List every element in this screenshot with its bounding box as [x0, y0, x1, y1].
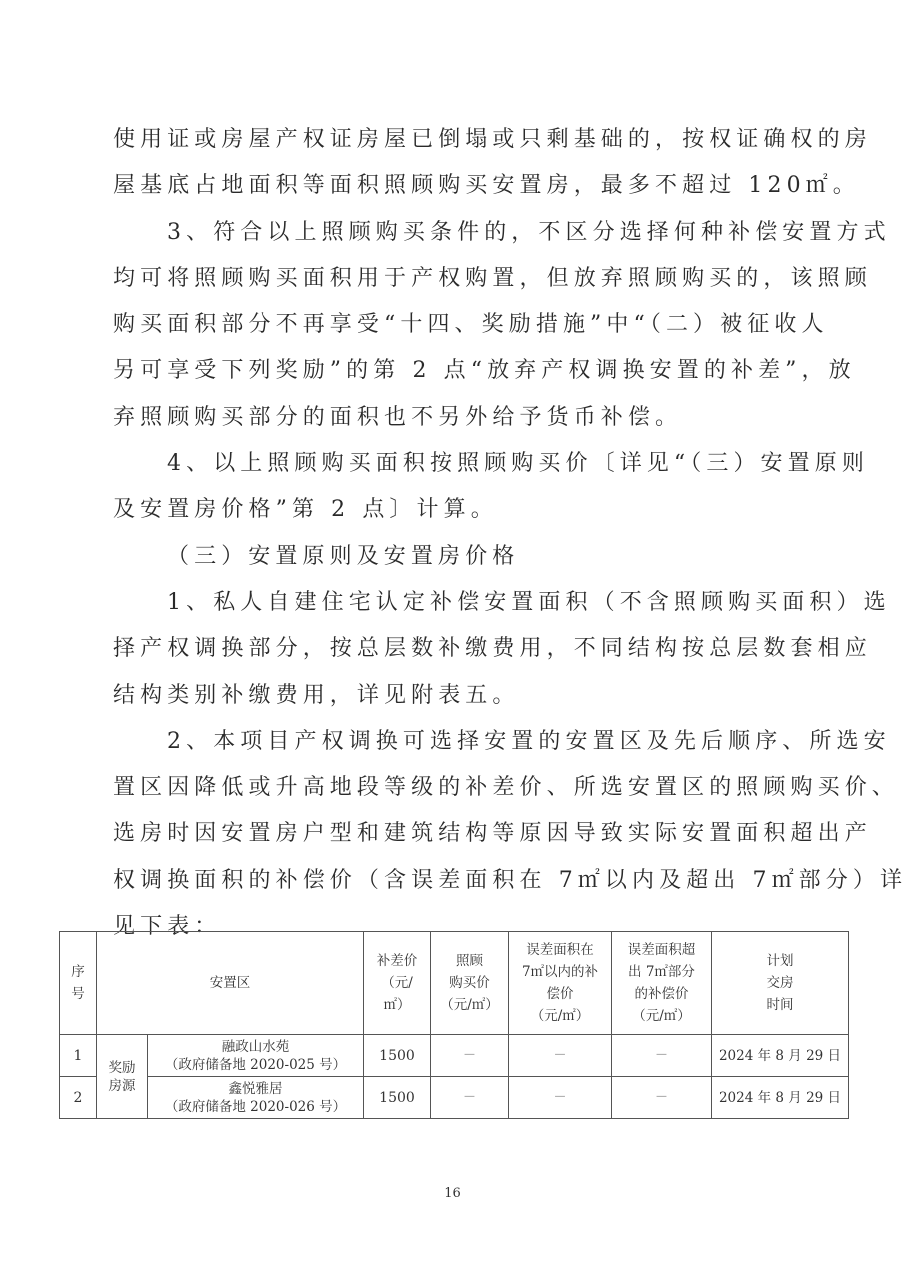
header-over-7: 误差面积超 出 7㎡部分 的补偿价 （元/㎡） [612, 932, 712, 1035]
cell-zone: 融政山水苑 （政府储备地 2020-025 号） [148, 1035, 364, 1077]
text-line: 购买面积部分不再享受“十四、奖励措施”中“（二）被征收人 [113, 302, 795, 348]
text-line: 屋基底占地面积等面积照顾购买安置房，最多不超过 120㎡。 [113, 163, 795, 209]
body-text: 使用证或房屋产权证房屋已倒塌或只剩基础的，按权证确权的房 屋基底占地面积等面积照… [113, 117, 795, 950]
paragraph-item-3: 3、符合以上照顾购买条件的，不区分选择何种补偿安置方式 均可将照顾购买面积用于产… [113, 210, 795, 441]
header-delivery: 计划 交房 时间 [712, 932, 849, 1035]
cell-diff-price: 1500 [364, 1035, 431, 1077]
text-line: 弃照顾购买部分的面积也不另外给予货币补偿。 [113, 395, 795, 441]
text-line: 1、私人自建住宅认定补偿安置面积（不含照顾购买面积）选 [113, 580, 795, 626]
text-line: 另可享受下列奖励”的第 2 点“放弃产权调换安置的补差”，放 [113, 348, 795, 394]
heading-text: （三）安置原则及安置房价格 [113, 534, 795, 580]
cell-zone: 鑫悦雅居 （政府储备地 2020-026 号） [148, 1077, 364, 1119]
header-care-price: 照顾 购买价 （元/㎡） [431, 932, 509, 1035]
cell-seq: 2 [60, 1077, 97, 1119]
text-line: 及安置房价格”第 2 点〕计算。 [113, 487, 795, 533]
cell-care-price: － [431, 1077, 509, 1119]
paragraph-item-4: 4、以上照顾购买面积按照顾购买价〔详见“（三）安置原则 及安置房价格”第 2 点… [113, 441, 795, 534]
table-row: 2 鑫悦雅居 （政府储备地 2020-026 号） 1500 － － － 202… [60, 1077, 849, 1119]
page-number: 16 [0, 1186, 905, 1201]
cell-over-7: － [612, 1077, 712, 1119]
header-zone: 安置区 [97, 932, 364, 1035]
cell-delivery: 2024 年 8 月 29 日 [712, 1035, 849, 1077]
cell-within-7: － [509, 1035, 612, 1077]
paragraph-principle-1: 1、私人自建住宅认定补偿安置面积（不含照顾购买面积）选 择产权调换部分，按总层数… [113, 580, 795, 719]
text-line: 置区因降低或升高地段等级的补差价、所选安置区的照顾购买价、 [113, 765, 795, 811]
paragraph-principle-2: 2、本项目产权调换可选择安置的安置区及先后顺序、所选安 置区因降低或升高地段等级… [113, 719, 795, 950]
text-line: 选房时因安置房户型和建筑结构等原因导致实际安置面积超出产 [113, 811, 795, 857]
header-seq: 序 号 [60, 932, 97, 1035]
text-line: 2、本项目产权调换可选择安置的安置区及先后顺序、所选安 [113, 719, 795, 765]
cell-delivery: 2024 年 8 月 29 日 [712, 1077, 849, 1119]
section-heading: （三）安置原则及安置房价格 [113, 534, 795, 580]
cell-within-7: － [509, 1077, 612, 1119]
table-row: 1 奖励 房源 融政山水苑 （政府储备地 2020-025 号） 1500 － … [60, 1035, 849, 1077]
text-line: 择产权调换部分，按总层数补缴费用，不同结构按总层数套相应 [113, 626, 795, 672]
header-within-7: 误差面积在 7㎡以内的补 偿价 （元/㎡） [509, 932, 612, 1035]
text-line: 3、符合以上照顾购买条件的，不区分选择何种补偿安置方式 [113, 210, 795, 256]
cell-over-7: － [612, 1035, 712, 1077]
text-line: 均可将照顾购买面积用于产权购置，但放弃照顾购买的，该照顾 [113, 256, 795, 302]
paragraph-continued: 使用证或房屋产权证房屋已倒塌或只剩基础的，按权证确权的房 屋基底占地面积等面积照… [113, 117, 795, 210]
text-line: 使用证或房屋产权证房屋已倒塌或只剩基础的，按权证确权的房 [113, 117, 795, 163]
document-page: 使用证或房屋产权证房屋已倒塌或只剩基础的，按权证确权的房 屋基底占地面积等面积照… [0, 0, 905, 1280]
header-diff-price: 补差价 （元/ ㎡） [364, 932, 431, 1035]
cell-diff-price: 1500 [364, 1077, 431, 1119]
resettlement-price-table: 序 号 安置区 补差价 （元/ ㎡） 照顾 购买价 （元/㎡） 误差面积在 [59, 931, 849, 1119]
cell-group-label: 奖励 房源 [97, 1035, 148, 1119]
table-header-row: 序 号 安置区 补差价 （元/ ㎡） 照顾 购买价 （元/㎡） 误差面积在 [60, 932, 849, 1035]
text-line: 4、以上照顾购买面积按照顾购买价〔详见“（三）安置原则 [113, 441, 795, 487]
text-line: 结构类别补缴费用，详见附表五。 [113, 673, 795, 719]
cell-seq: 1 [60, 1035, 97, 1077]
cell-care-price: － [431, 1035, 509, 1077]
text-line: 权调换面积的补偿价（含误差面积在 7㎡以内及超出 7㎡部分）详 [113, 858, 795, 904]
